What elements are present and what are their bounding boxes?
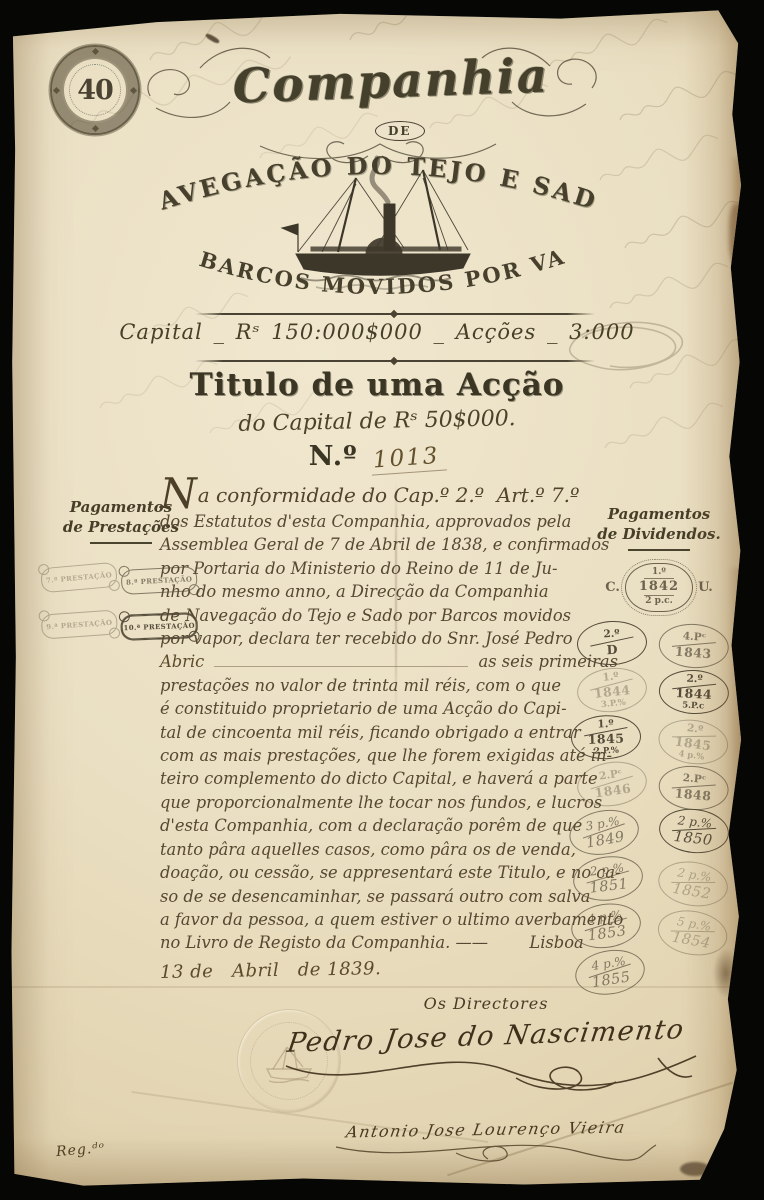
stamp-year: 1842 xyxy=(639,580,679,594)
stamp-year: 1854 xyxy=(671,930,712,951)
stamp-side-letter: U. xyxy=(698,580,713,595)
heading-rule xyxy=(628,549,690,551)
body-line: a favor da pessoa, a quem estiver o ulti… xyxy=(160,908,618,931)
stamp-line: 2.º xyxy=(686,673,703,684)
diamond-ornament xyxy=(92,125,99,132)
after-name-text: as seis primeiras xyxy=(478,650,618,673)
stamp-year: 1844 xyxy=(675,687,712,701)
body-line: d'esta Companhia, com a declaração porêm… xyxy=(160,814,618,837)
diamond-ornament xyxy=(92,48,99,55)
dividend-stamp: 5 p.% 1854 xyxy=(654,905,731,960)
stamp-line: 4 p.% xyxy=(678,750,705,762)
holder-line: Abric as seis primeiras xyxy=(160,650,618,673)
share-subtitle: do Capital de Rˢ 50$000. xyxy=(10,401,744,441)
stamp-line: 4.Pᶜ xyxy=(682,632,706,644)
prestacao-stamp: 7.ª PRESTAÇÃO xyxy=(40,561,118,593)
dividend-stamp: 4.Pᶜ 1843 xyxy=(657,622,730,671)
divider-rule xyxy=(195,313,595,315)
stain xyxy=(730,158,743,278)
dividend-stamp: 2.Pᶜ 1848 xyxy=(657,763,731,813)
prestacao-stamp-label: 9.ª PRESTAÇÃO xyxy=(46,618,113,631)
directors-heading: Os Directores xyxy=(256,994,716,1013)
body-line: tal de cincoenta mil réis, ficando obrig… xyxy=(160,721,618,744)
connector-label: DE xyxy=(388,124,412,138)
dividend-stamp: 2.º 1845 4 p.% xyxy=(656,715,731,768)
body-line: com as mais prestações, que lhe forem ex… xyxy=(160,744,618,767)
prestacao-stamp-label: 7.ª PRESTAÇÃO xyxy=(46,570,113,584)
body-line: teiro complemento do dicto Capital, e ha… xyxy=(160,767,618,790)
stamp-line: 5.P.c xyxy=(682,701,704,711)
svg-text:NAVEGAÇÃO DO TEJO E SADO: NAVEGAÇÃO DO TEJO E SADO xyxy=(126,148,602,216)
masthead-arcs: NAVEGAÇÃO DO TEJO E SADO POR BARCOS xyxy=(126,148,630,300)
body-line: dos Estatutos d'esta Companhia, approvad… xyxy=(160,510,618,533)
ink-speck xyxy=(205,33,220,45)
company-title: Companhia xyxy=(23,41,758,122)
stamp-line: 2.Pᶜ xyxy=(682,773,706,785)
body-line: nho do mesmo anno, a Direcção da Companh… xyxy=(160,580,618,603)
stamp-year: 1848 xyxy=(674,787,712,803)
certificate-body: Na conformidade do Cap.º 2.º Art.º 7.º d… xyxy=(160,479,618,980)
stamp-line: 2.º xyxy=(686,723,704,736)
stamp-bar xyxy=(672,735,716,737)
heading-rule xyxy=(90,542,152,544)
prestacao-stamp: 9.ª PRESTAÇÃO xyxy=(41,609,119,639)
body-line: de Navegação do Tejo e Sado por Barcos m… xyxy=(160,604,618,627)
connector-badge: DE xyxy=(375,121,425,141)
number-label: N.º xyxy=(309,441,358,472)
share-title: Titulo de uma Acção xyxy=(10,367,744,403)
body-line: Assemblea Geral de 7 de Abril de 1838, e… xyxy=(160,533,618,556)
slogan-arc-text: POR BARCOS MOVIDOS POR VAPOR xyxy=(126,148,569,299)
stamp-line: 2 p.c. xyxy=(645,597,672,606)
number-value: 1013 xyxy=(370,442,446,475)
scanned-document: 40 Companhia DE NAVEGAÇÃO DO TEJO E SADO xyxy=(0,0,764,1200)
stamp-line: 2 p.% xyxy=(677,814,712,830)
stamp-year: 1843 xyxy=(674,646,712,661)
stamp-year: 1852 xyxy=(671,882,712,902)
stamp-line: 1.º xyxy=(652,568,666,577)
divider-rule xyxy=(195,360,595,362)
body-line: no Livro de Registo da Companhia. —— Lis… xyxy=(160,931,618,954)
blank-rule xyxy=(214,652,468,667)
opening-text: a conformidade do Cap.º 2.º Art.º 7.º xyxy=(198,483,580,507)
share-number: N.º 1013 xyxy=(10,441,744,473)
stamp-year: 1850 xyxy=(673,830,713,848)
dividend-stamp: 2.º 1844 5.P.c xyxy=(658,668,730,716)
issue-date: 13 de Abril de 1839. xyxy=(160,953,618,984)
route-arc-text: NAVEGAÇÃO DO TEJO E SADO xyxy=(126,148,602,216)
signature-block: Os Directores Pedro Jose do Nascimento A… xyxy=(256,994,716,1169)
body-line: que proporcionalmente lhe tocar nos fund… xyxy=(160,791,618,814)
body-line: é constituido proprietario de uma Acção … xyxy=(160,697,618,720)
stamp-line: 2 p.% xyxy=(677,866,713,883)
body-line: por vapor, declara ter recebido do Snr. … xyxy=(160,627,618,650)
steamship-icon xyxy=(282,158,470,289)
registration-note: Reg.ᵈᵒ xyxy=(55,1140,105,1160)
dividend-stamp: 2 p.% 1850 xyxy=(657,805,731,856)
body-line: prestações no valor de trinta mil réis, … xyxy=(160,674,618,697)
body-line: tanto pâra aquelles casos, como pâra os … xyxy=(160,838,618,861)
stain xyxy=(729,204,744,264)
capital-line: Capital _ Rˢ 150:000$000 _ Acções _ 3:00… xyxy=(10,320,744,344)
stamp-bar xyxy=(671,882,715,883)
holder-name: Abric xyxy=(160,650,204,673)
body-line: so de se desencaminhar, se passará outro… xyxy=(160,885,618,908)
body-line: doação, ou cessão, se appresentará este … xyxy=(160,861,618,884)
certificate-paper: 40 Companhia DE NAVEGAÇÃO DO TEJO E SADO xyxy=(10,8,744,1188)
body-line: por Portaria do Ministerio do Reino de 1… xyxy=(160,557,618,580)
dividend-stamp: 2 p.% 1852 xyxy=(655,857,731,911)
stamp-center: 1.º 1842 2 p.c. xyxy=(625,563,693,612)
svg-text:POR BARCOS MOVIDOS POR VAPOR: POR BARCOS MOVIDOS POR VAPOR xyxy=(126,148,569,299)
body-opening-line: Na conformidade do Cap.º 2.º Art.º 7.º xyxy=(160,479,618,510)
